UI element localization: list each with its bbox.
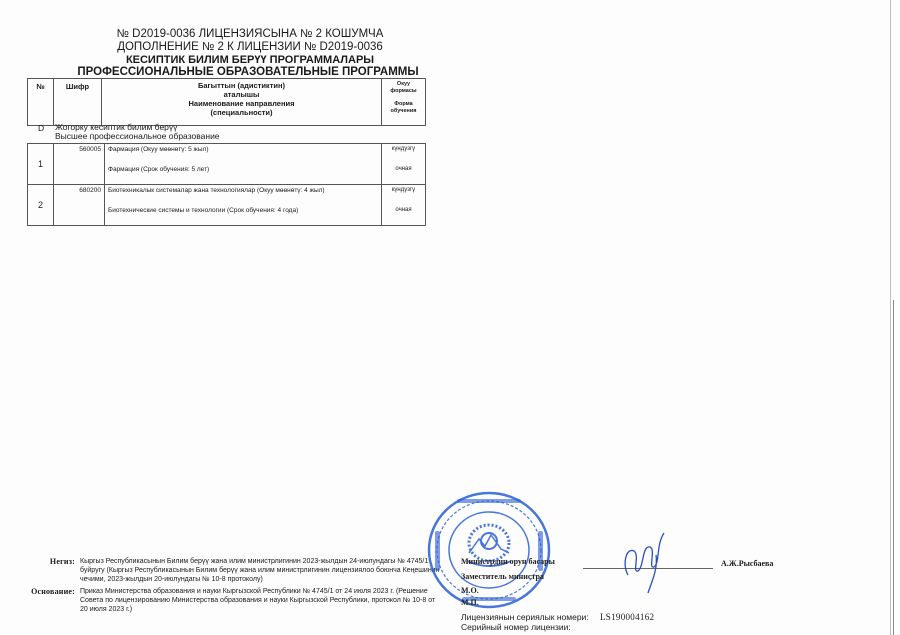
program-name-ky: Фармация (Окуу мөөнөтү: 5 жыл) — [108, 146, 378, 153]
col-form-header: Окуу формасы Форма обучения — [382, 79, 426, 126]
signer-name: А.Ж.Рысбаева — [721, 559, 773, 568]
header-line-ky: № D2019-0036 ЛИЦЕНЗИЯСЫНА № 2 КОШУМЧА — [20, 28, 480, 40]
row-number: 1 — [28, 144, 54, 185]
program-name-ru: Биотехнические системы и технологии (Сро… — [108, 207, 378, 214]
programs-title-ky: КЕСИПТИК БИЛИМ БЕРҮҮ ПРОГРАММАЛАРЫ — [20, 54, 480, 66]
program-name: Биотехникалык системалар жана технология… — [105, 185, 382, 226]
serial-number: LS190004162 — [600, 612, 654, 622]
study-form-ru: очная — [382, 166, 425, 172]
official-seal-icon — [427, 491, 551, 609]
study-form: күндүзгү очная — [382, 185, 426, 226]
col-name-ru-2: (специальности) — [102, 108, 381, 117]
deputy-minister-title-ky: Министрдин орун басары — [461, 557, 555, 566]
col-name-ru-1: Наименование направления — [102, 99, 381, 108]
education-level-code: D — [38, 123, 44, 133]
serial-label-ky: Лицензиянын сериялык номери: — [461, 612, 589, 622]
programs-table-header: № Шифр Багыттын (адистиктин) аталышы Наи… — [27, 78, 426, 126]
col-form-ky-1: Окуу — [382, 81, 425, 88]
table-row: 1 560005 Фармация (Окуу мөөнөтү: 5 жыл) … — [28, 144, 426, 185]
table-row: 2 680200 Биотехникалык системалар жана т… — [28, 185, 426, 226]
col-form-ky-2: формасы — [382, 88, 425, 95]
deputy-minister-title-ru: Заместитель министра — [461, 572, 544, 581]
serial-label-ru: Серийный номер лицензии: — [461, 622, 571, 632]
study-form-ky: күндүзгү — [382, 187, 425, 193]
col-name-ky-1: Багыттын (адистиктин) — [102, 81, 381, 90]
seal-place-ru: М.П. — [461, 598, 479, 607]
seal-place-ky: М.О. — [461, 586, 479, 595]
row-number: 2 — [28, 185, 54, 226]
programs-table-body: 1 560005 Фармация (Окуу мөөнөтү: 5 жыл) … — [27, 143, 426, 226]
program-code: 680200 — [54, 185, 105, 226]
program-name-ru: Фармация (Срок обучения: 5 лет) — [108, 166, 378, 173]
page-edge-line — [890, 0, 891, 635]
col-code-header: Шифр — [54, 79, 102, 126]
program-name: Фармация (Окуу мөөнөтү: 5 жыл) Фармация … — [105, 144, 382, 185]
col-name-ky-2: аталышы — [102, 90, 381, 99]
basis-ru-label: Основание: — [20, 587, 75, 596]
col-name-header: Багыттын (адистиктин) аталышы Наименован… — [102, 79, 382, 126]
basis-ru-text: Приказ Министерства образования и науки … — [80, 587, 440, 614]
header-line-ru: ДОПОЛНЕНИЕ № 2 К ЛИЦЕНЗИИ № D2019-0036 — [20, 41, 480, 53]
study-form-ky: күндүзгү — [382, 146, 425, 152]
license-appendix-page: № D2019-0036 ЛИЦЕНЗИЯСЫНА № 2 КОШУМЧА ДО… — [0, 0, 900, 635]
page-edge-shadow — [893, 300, 894, 635]
handwritten-signature-icon — [620, 525, 670, 595]
col-form-ru-1: Форма — [382, 101, 425, 108]
col-form-ru-2: обучения — [382, 108, 425, 115]
education-level-ru: Высшее профессиональное образование — [55, 131, 220, 141]
study-form: күндүзгү очная — [382, 144, 426, 185]
col-no-header: № — [28, 79, 54, 126]
basis-ky-label: Негиз: — [20, 557, 75, 566]
program-name-ky: Биотехникалык системалар жана технология… — [108, 187, 378, 194]
basis-ky-text: Кыргыз Республикасынын Билим берүү жана … — [80, 557, 440, 584]
study-form-ru: очная — [382, 207, 425, 213]
programs-title-ru: ПРОФЕССИОНАЛЬНЫЕ ОБРАЗОВАТЕЛЬНЫЕ ПРОГРАМ… — [18, 66, 478, 78]
program-code: 560005 — [54, 144, 105, 185]
